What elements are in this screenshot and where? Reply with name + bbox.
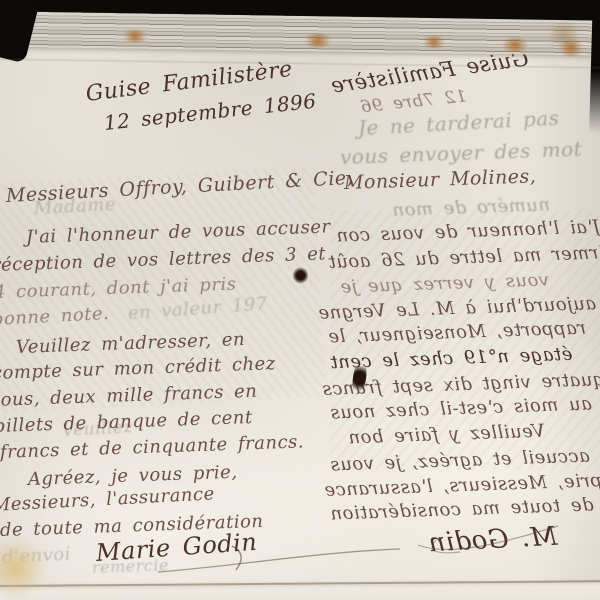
letter-date-line: 12 septembre 1896 xyxy=(103,91,317,133)
letterbook-photo: Guise Familistère 12 7bre 96 Je ne tarde… xyxy=(0,0,600,600)
mirrored-header-place: Guise Familistère xyxy=(330,48,530,97)
corner-smudge xyxy=(544,22,584,48)
handwriting-line: Monsieur Molines, xyxy=(344,167,537,193)
ghost-fragment: remercie xyxy=(92,557,169,576)
letter-closing-line: Messieurs, l'assurance xyxy=(0,485,215,515)
signature-swash xyxy=(232,546,241,570)
mirrored-signature-flourish xyxy=(418,526,558,549)
ghost-fragment: Veuillez xyxy=(62,419,134,440)
mirrored-signature-swash xyxy=(432,540,460,553)
mirrored-line: prie, Messieurs, l'assurance xyxy=(324,472,600,500)
letter-closing-line: Agréez, je vous prie, xyxy=(28,464,238,489)
mirrored-line: de toute ma considération xyxy=(330,496,594,523)
pencil-line: vous envoyer des mot xyxy=(340,139,583,167)
mirrored-header-date: 12 7bre 96 xyxy=(359,88,467,116)
letter-closing-line: de toute ma considération xyxy=(0,513,264,540)
rust-stain xyxy=(420,36,448,48)
letter-body-line: francs et de cinquante francs. xyxy=(0,433,304,462)
mirrored-signature: M. Godin xyxy=(427,524,557,557)
rust-stain xyxy=(120,30,150,42)
ink-blot xyxy=(293,267,308,284)
pencil-line: Je ne tarderai pas xyxy=(357,107,559,138)
press-copy-hatching-left xyxy=(0,167,326,414)
top-crease-line xyxy=(0,59,600,69)
letter-signature: Marie Godin xyxy=(95,530,258,565)
letter-body-line: billets de banque de cent xyxy=(0,409,253,436)
letter-place-line: Guise Familistère xyxy=(85,59,294,106)
rust-stain xyxy=(498,38,532,52)
press-copy-hatching-right xyxy=(330,210,600,470)
binding-corner-notch xyxy=(0,0,38,63)
signature-underline-flourish xyxy=(158,549,400,572)
rust-stain xyxy=(300,34,336,47)
